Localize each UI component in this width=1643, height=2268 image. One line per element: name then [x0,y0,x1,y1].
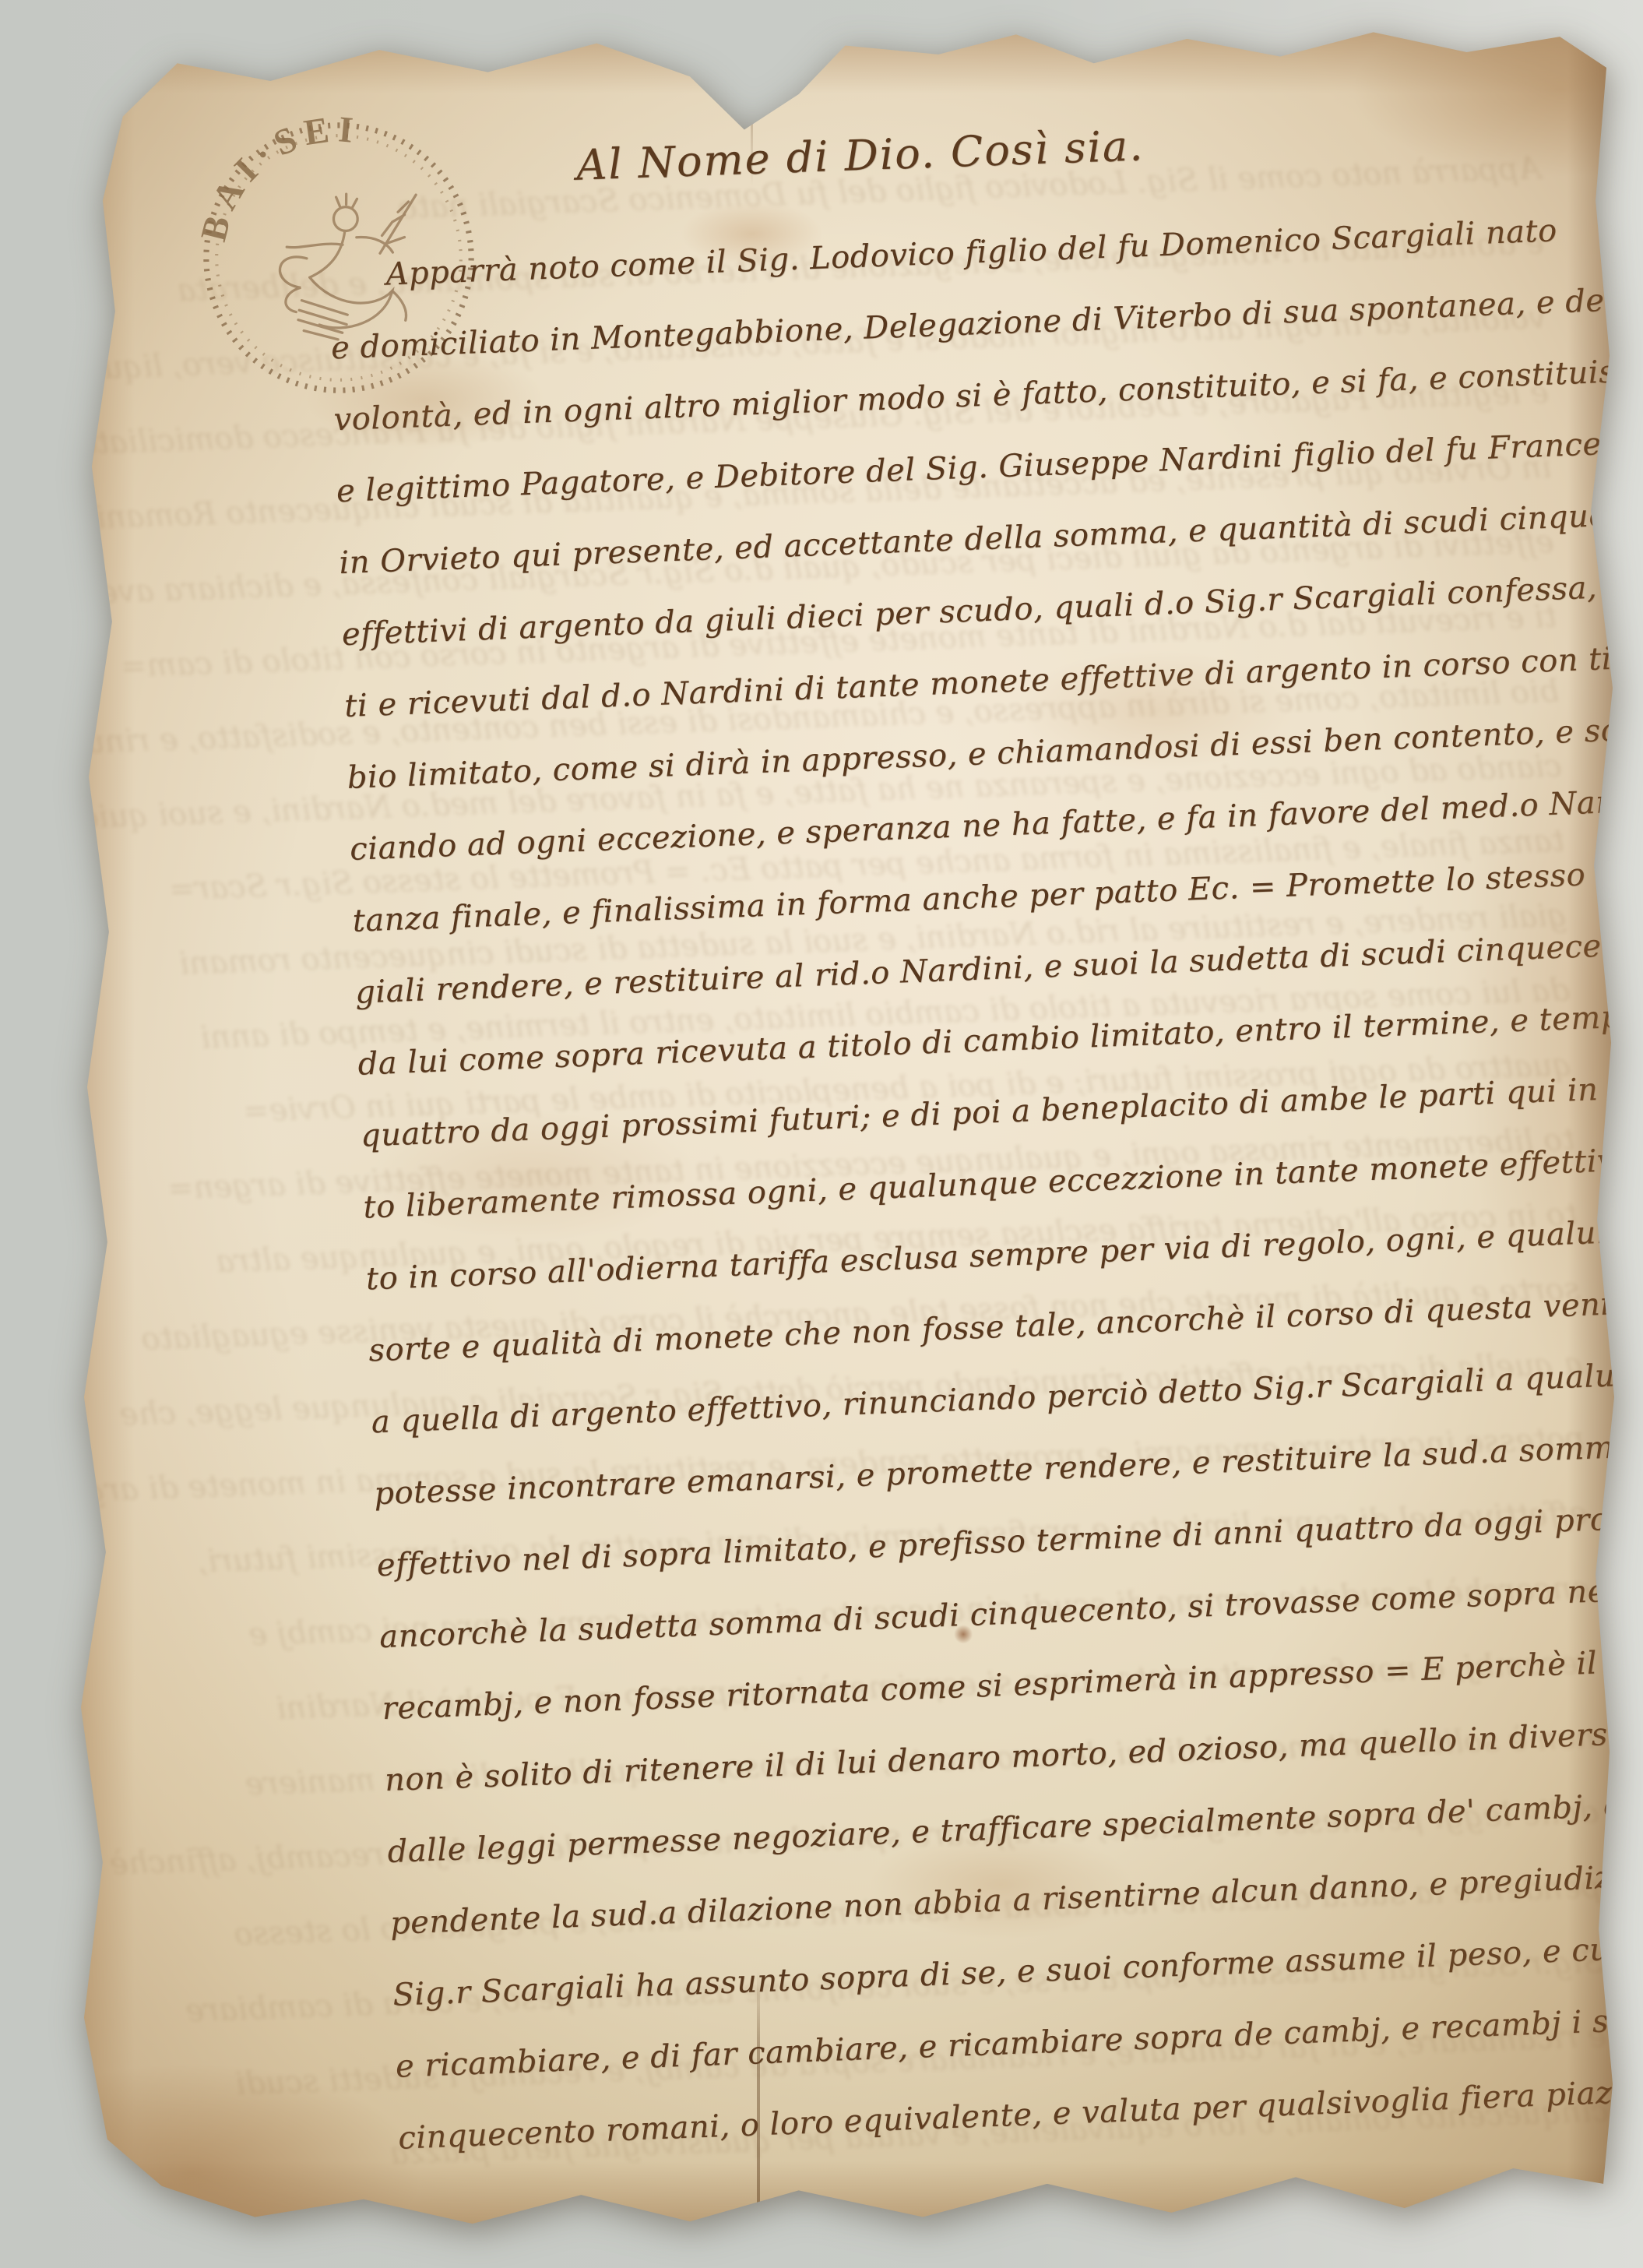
stamp-denomination-text: BAI·SEI [185,107,371,248]
paper-surface: Apparrà noto come il Sig. Lodovico figli… [69,23,1622,2239]
manuscript-sheet: Apparrà noto come il Sig. Lodovico figli… [69,23,1622,2239]
invocation-title: Al Nome di Dio. Così sia. [575,121,1145,189]
manuscript-body: Apparrà noto come il Sig. Lodovico figli… [327,193,1643,2174]
photograph-background: Apparrà noto come il Sig. Lodovico figli… [0,0,1643,2268]
